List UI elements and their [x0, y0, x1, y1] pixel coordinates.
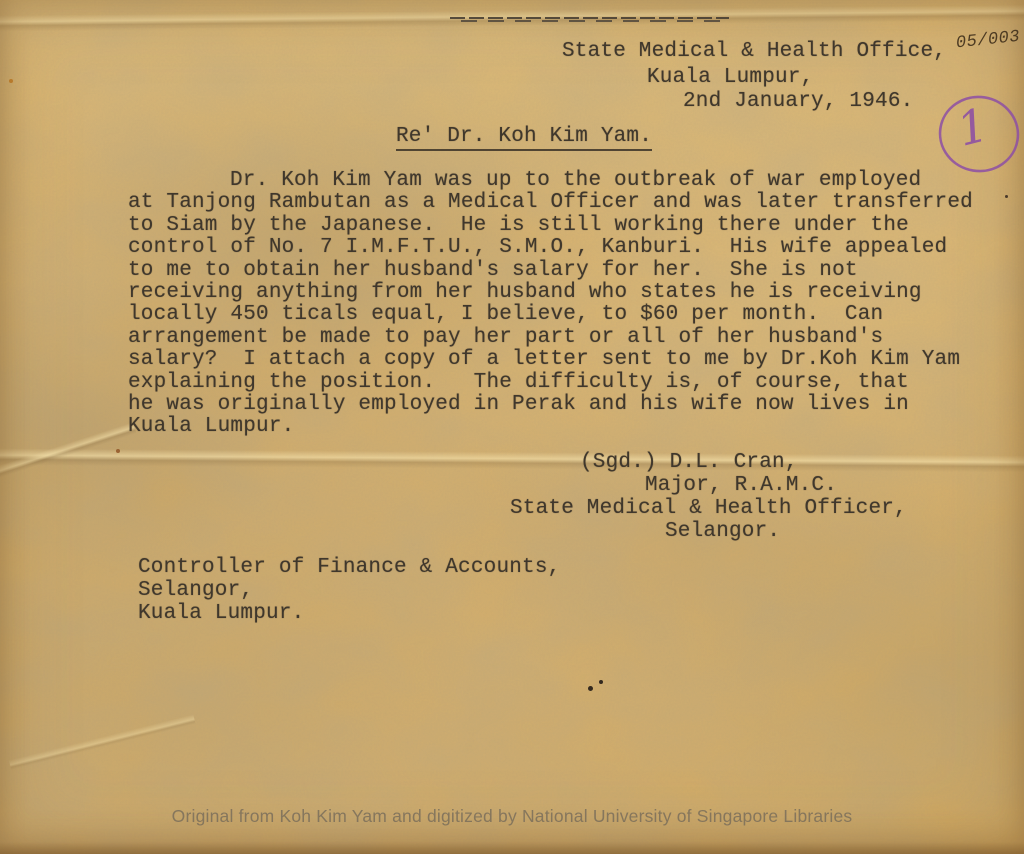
body-paragraph: Dr. Koh Kim Yam was up to the outbreak o…	[128, 170, 973, 439]
body-line: explaining the position. The difficulty …	[128, 372, 973, 394]
body-line: salary? I attach a copy of a letter sent…	[128, 349, 973, 371]
body-line: Dr. Koh Kim Yam was up to the outbreak o…	[128, 170, 973, 192]
ink-dot	[588, 686, 593, 691]
body-line: he was originally employed in Perak and …	[128, 394, 973, 416]
addressee-line: Controller of Finance & Accounts,	[138, 556, 560, 579]
paper-crease	[9, 714, 196, 770]
body-line: to me to obtain her husband's salary for…	[128, 260, 973, 282]
paper-speck	[9, 79, 13, 83]
body-line: locally 450 ticals equal, I believe, to …	[128, 304, 973, 326]
paper-speck	[116, 449, 120, 453]
body-line: Kuala Lumpur.	[128, 416, 973, 438]
signature-state: Selangor.	[665, 520, 780, 543]
paper-bottom-edge	[0, 842, 1024, 854]
scanned-letter: State Medical & Health Office, Kuala Lum…	[0, 0, 1024, 854]
signature-title: State Medical & Health Officer,	[510, 497, 907, 520]
body-line: to Siam by the Japanese. He is still wor…	[128, 215, 973, 237]
addressee-block: Controller of Finance & Accounts, Selang…	[138, 556, 560, 625]
body-line: at Tanjong Rambutan as a Medical Officer…	[128, 192, 973, 214]
body-line: control of No. 7 I.M.F.T.U., S.M.O., Kan…	[128, 237, 973, 259]
addressee-line: Kuala Lumpur.	[138, 602, 560, 625]
body-line: arrangement be made to pay her part or a…	[128, 327, 973, 349]
paper-crease	[0, 448, 1024, 472]
typed-dashed-rule	[450, 17, 729, 22]
letterhead-city: Kuala Lumpur,	[647, 66, 813, 89]
subject-line: Re' Dr. Koh Kim Yam.	[396, 125, 652, 151]
letterhead-office: State Medical & Health Office,	[562, 40, 946, 63]
circled-number-annotation: 1	[930, 92, 1024, 178]
paper-speck	[1005, 195, 1008, 198]
page-marker: 05/003	[955, 28, 1021, 54]
ink-dot	[599, 680, 603, 684]
signature-name: (Sgd.) D.L. Cran,	[580, 451, 798, 474]
addressee-line: Selangor,	[138, 579, 560, 602]
letterhead-date: 2nd January, 1946.	[683, 90, 913, 113]
digitization-watermark: Original from Koh Kim Yam and digitized …	[0, 806, 1024, 827]
body-line: receiving anything from her husband who …	[128, 282, 973, 304]
signature-rank: Major, R.A.M.C.	[645, 474, 837, 497]
